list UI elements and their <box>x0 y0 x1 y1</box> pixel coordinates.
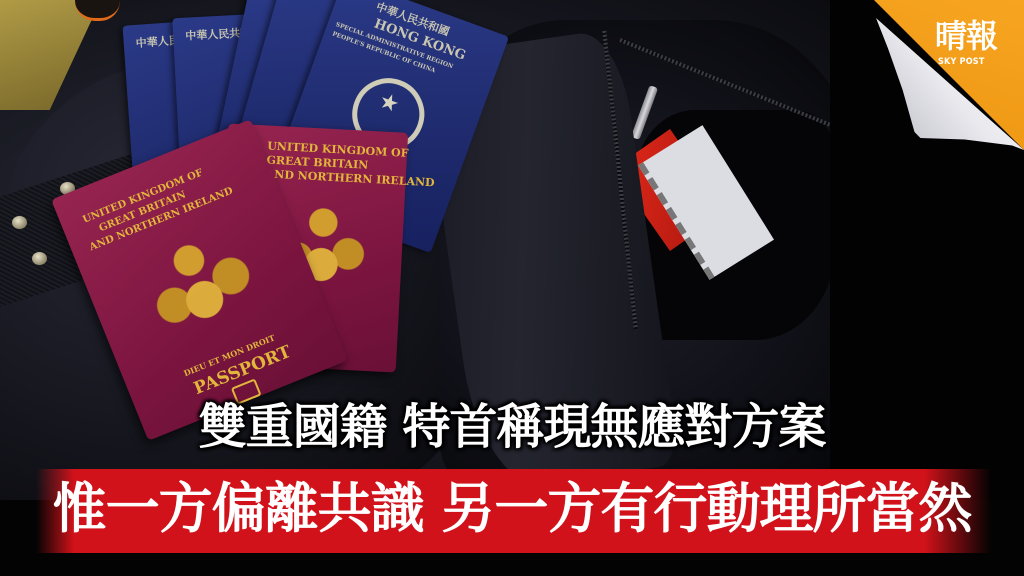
rivet <box>32 252 47 265</box>
rivet <box>12 216 27 229</box>
floor-stripe <box>0 38 3 60</box>
brand-logo: 晴報 <box>935 20 997 52</box>
brand-logo-sub: SKY POST <box>938 57 985 67</box>
news-thumbnail: 中華人民共和國 中華人民共和國 中華人民共和國 HONG KONG SPECIA… <box>0 0 1024 576</box>
headline-line-1: 雙重國籍 特首稱現無應對方案 <box>0 399 1024 455</box>
headline-line-2: 惟一方偏離共識 另一方有行動理所當然 <box>0 476 1024 542</box>
